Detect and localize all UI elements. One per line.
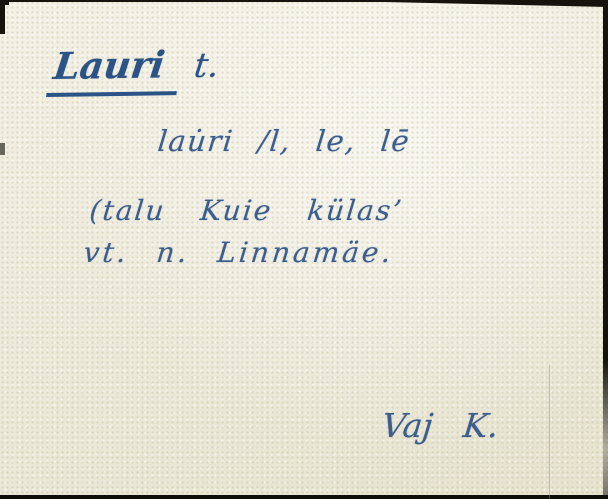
scanned-card: Laurit. lau̇ri /l, le, lē (talu Kuie kül…	[0, 0, 608, 499]
scan-edge-bottom	[0, 495, 608, 499]
heading: Laurit.	[46, 42, 222, 98]
village-note-line: (talu Kuie külas’	[88, 194, 405, 228]
heading-suffix: t.	[192, 46, 222, 86]
scan-mark-left-mid	[0, 143, 5, 155]
cross-reference-line: vt. n. Linnamäe.	[82, 236, 395, 270]
paper-crease	[549, 365, 550, 499]
scan-mark-corner	[0, 0, 9, 5]
scan-edge-top	[0, 0, 608, 2]
scan-mark-left-top	[0, 5, 5, 34]
heading-name: Lauri	[46, 42, 183, 97]
dialect-forms-line: lau̇ri /l, le, lē	[156, 124, 412, 159]
collector-signature: Vaj K.	[380, 406, 501, 446]
scan-edge-top-right	[385, 0, 608, 7]
scan-edge-right	[603, 0, 608, 499]
